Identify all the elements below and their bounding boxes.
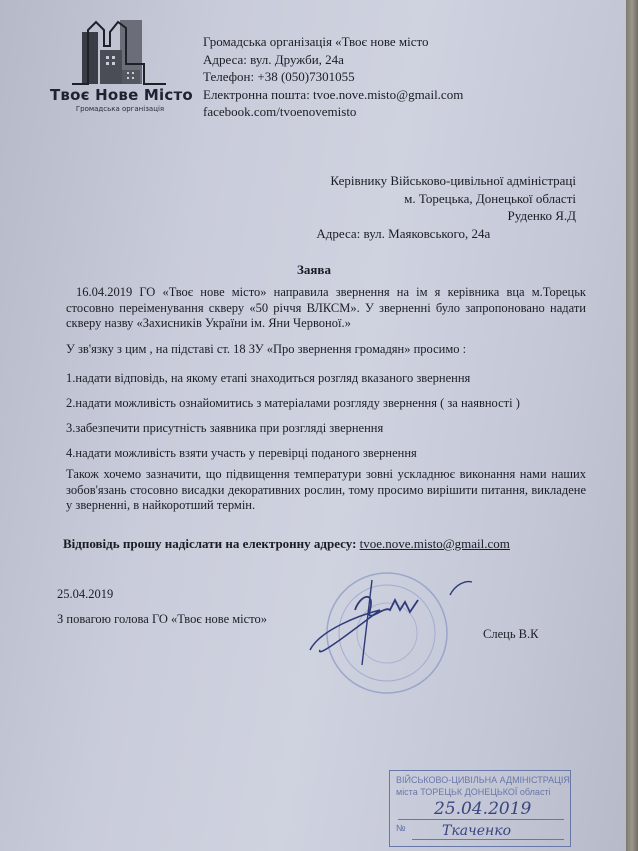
letter-date: 25.04.2019 <box>57 587 113 602</box>
document-title: Заява <box>0 262 628 278</box>
stamp-divider <box>412 839 564 840</box>
body-paragraph-3: Також хочемо зазначити, що підвищення те… <box>66 467 586 514</box>
request-item-3: 3.забезпечити присутність заявника при р… <box>66 421 383 436</box>
org-address: Адреса: вул. Дружби, 24а <box>203 51 463 69</box>
recipient-block: Керівнику Військово-цивільної адміністра… <box>330 172 576 242</box>
logo-subtitle: Громадська організація <box>50 105 190 113</box>
stamp-date: 25.04.2019 <box>434 799 531 819</box>
recipient-address: Адреса: вул. Маяковського, 24а <box>316 225 562 243</box>
organization-logo: Твоє Нове Місто Громадська організація <box>50 12 190 120</box>
request-item-1: 1.надати відповідь, на якому етапі знахо… <box>66 371 470 386</box>
org-facebook: facebook.com/tvoenovemisto <box>203 103 463 121</box>
body-paragraph-1: 16.04.2019 ГО «Твоє нове місто» направил… <box>66 285 586 332</box>
signature-icon <box>300 570 490 690</box>
document-page: Твоє Нове Місто Громадська організація Г… <box>0 0 628 851</box>
registration-stamp: ВІЙСЬКОВО-ЦИВІЛЬНА АДМІНІСТРАЦІЯ міста Т… <box>389 770 571 847</box>
page-edge <box>626 0 638 851</box>
logo-title: Твоє Нове Місто <box>50 86 190 104</box>
city-buildings-icon <box>64 12 179 86</box>
stamp-handwritten-name: Ткаченко <box>442 823 511 839</box>
signer-name: Слець В.К <box>483 627 538 642</box>
body-paragraph-2: У зв'язку з цим , на підставі ст. 18 ЗУ … <box>66 342 586 358</box>
reply-email-link[interactable]: tvoe.nove.misto@gmail.com <box>360 536 510 551</box>
stamp-authority: ВІЙСЬКОВО-ЦИВІЛЬНА АДМІНІСТРАЦІЯ <box>396 775 570 785</box>
request-item-2: 2.надати можливість ознайомитись з матер… <box>66 396 520 411</box>
reply-request: Відповідь прошу надіслати на електронну … <box>63 536 510 552</box>
recipient-position: Керівнику Військово-цивільної адміністра… <box>330 172 576 190</box>
org-email: Електронна пошта: tvoe.nove.misto@gmail.… <box>203 86 463 104</box>
closing-regards: З повагою голова ГО «Твоє нове місто» <box>57 612 267 627</box>
reply-label: Відповідь прошу надіслати на електронну … <box>63 536 356 551</box>
recipient-name: Руденко Я.Д <box>330 207 576 225</box>
stamp-number-label: № <box>396 823 406 833</box>
stamp-divider <box>398 819 564 820</box>
org-name: Громадська організація «Твоє нове місто <box>203 33 463 51</box>
organization-header: Громадська організація «Твоє нове місто … <box>203 33 463 121</box>
request-item-4: 4.надати можливість взяти участь у перев… <box>66 446 417 461</box>
stamp-city: міста ТОРЕЦЬК ДОНЕЦЬКОЇ області <box>396 787 551 797</box>
org-phone: Телефон: +38 (050)7301055 <box>203 68 463 86</box>
recipient-city: м. Торецька, Донецької області <box>330 190 576 208</box>
